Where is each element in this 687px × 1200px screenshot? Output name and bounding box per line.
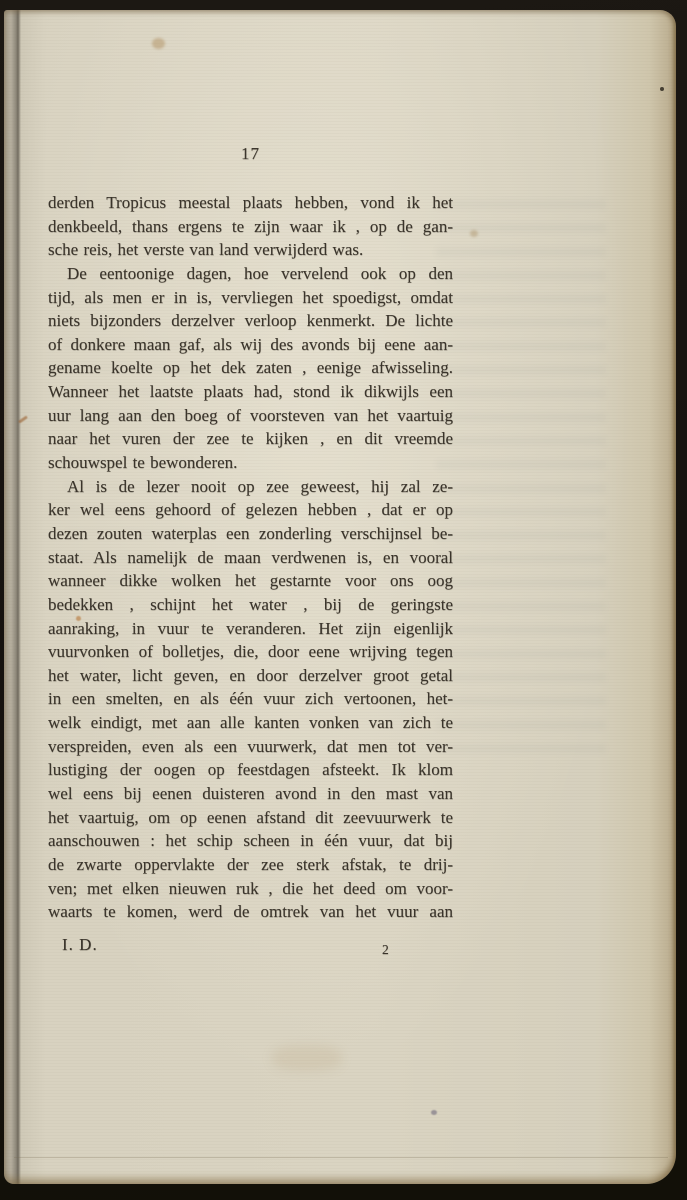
gutter-mark xyxy=(18,415,28,423)
text-line: aanraking, in vuur te veranderen. Het zi… xyxy=(48,617,453,641)
text-line: welk eindigt, met aan alle kanten vonken… xyxy=(48,711,453,735)
text-line: in een smelten, en als één vuur zich ver… xyxy=(48,687,453,711)
book-page: 17 derden Tropicus meestal plaats hebben… xyxy=(4,10,676,1184)
text-line: verspreiden, even als een vuurwerk, dat … xyxy=(48,735,453,759)
text-line: denkbeeld, thans ergens te zijn waar ik … xyxy=(48,215,453,239)
text-line: Al is de lezer nooit op zee geweest, hij… xyxy=(48,475,453,499)
text-line: Wanneer het laatste plaats had, stond ik… xyxy=(48,380,453,404)
volume-signature: I. D. xyxy=(62,935,98,955)
photograph-background: 17 derden Tropicus meestal plaats hebben… xyxy=(0,0,687,1200)
text-line: wanneer dikke wolken het gestarnte voor … xyxy=(48,569,453,593)
text-line: dezen zouten waterplas een zonderling ve… xyxy=(48,522,453,546)
speck xyxy=(660,87,664,91)
text-line: gename koelte op het dek zaten , eenige … xyxy=(48,356,453,380)
text-line: het vaartuig, om op eenen afstand dit ze… xyxy=(48,806,453,830)
text-line: of donkere maan gaf, als wij des avonds … xyxy=(48,333,453,357)
text-line: derden Tropicus meestal plaats hebben, v… xyxy=(48,191,453,215)
text-line: vuurvonken of bolletjes, die, door eene … xyxy=(48,640,453,664)
verso-show-through xyxy=(436,200,606,760)
text-line: waarts te komen, werd de omtrek van het … xyxy=(48,900,453,924)
text-line: niets bijzonders derzelver verloop kenme… xyxy=(48,309,453,333)
page-number: 17 xyxy=(48,144,453,164)
text-line: ven; met elken nieuwen ruk , die het dee… xyxy=(48,877,453,901)
text-line: tijd, als men er in is, vervliegen het s… xyxy=(48,286,453,310)
text-line: wel eens bij eenen duisteren avond in de… xyxy=(48,782,453,806)
stain xyxy=(152,38,165,49)
text-block: derden Tropicus meestal plaats hebben, v… xyxy=(48,191,453,924)
stain xyxy=(272,1045,342,1071)
bottom-crease-line xyxy=(14,1157,668,1158)
text-line: aanschouwen : het schip scheen in één vu… xyxy=(48,829,453,853)
text-line: lustiging der oogen op feestdagen afstee… xyxy=(48,758,453,782)
text-line: De eentoonige dagen, hoe vervelend ook o… xyxy=(48,262,453,286)
sheet-number: 2 xyxy=(382,942,389,958)
text-line: staat. Als namelijk de maan verdwenen is… xyxy=(48,546,453,570)
text-line: naar het vuren der zee te kijken , en di… xyxy=(48,427,453,451)
speck xyxy=(431,1110,437,1115)
text-line: het water, licht geven, en door derzelve… xyxy=(48,664,453,688)
text-line: schouwspel te bewonderen. xyxy=(48,451,453,475)
text-line: ker wel eens gehoord of gelezen hebben ,… xyxy=(48,498,453,522)
text-line: bedekken , schijnt het water , bij de ge… xyxy=(48,593,453,617)
text-line: de zwarte oppervlakte der zee sterk afst… xyxy=(48,853,453,877)
text-line: sche reis, het verste van land verwijder… xyxy=(48,238,453,262)
text-line: uur lang aan den boeg of voorsteven van … xyxy=(48,404,453,428)
stain xyxy=(470,230,478,237)
